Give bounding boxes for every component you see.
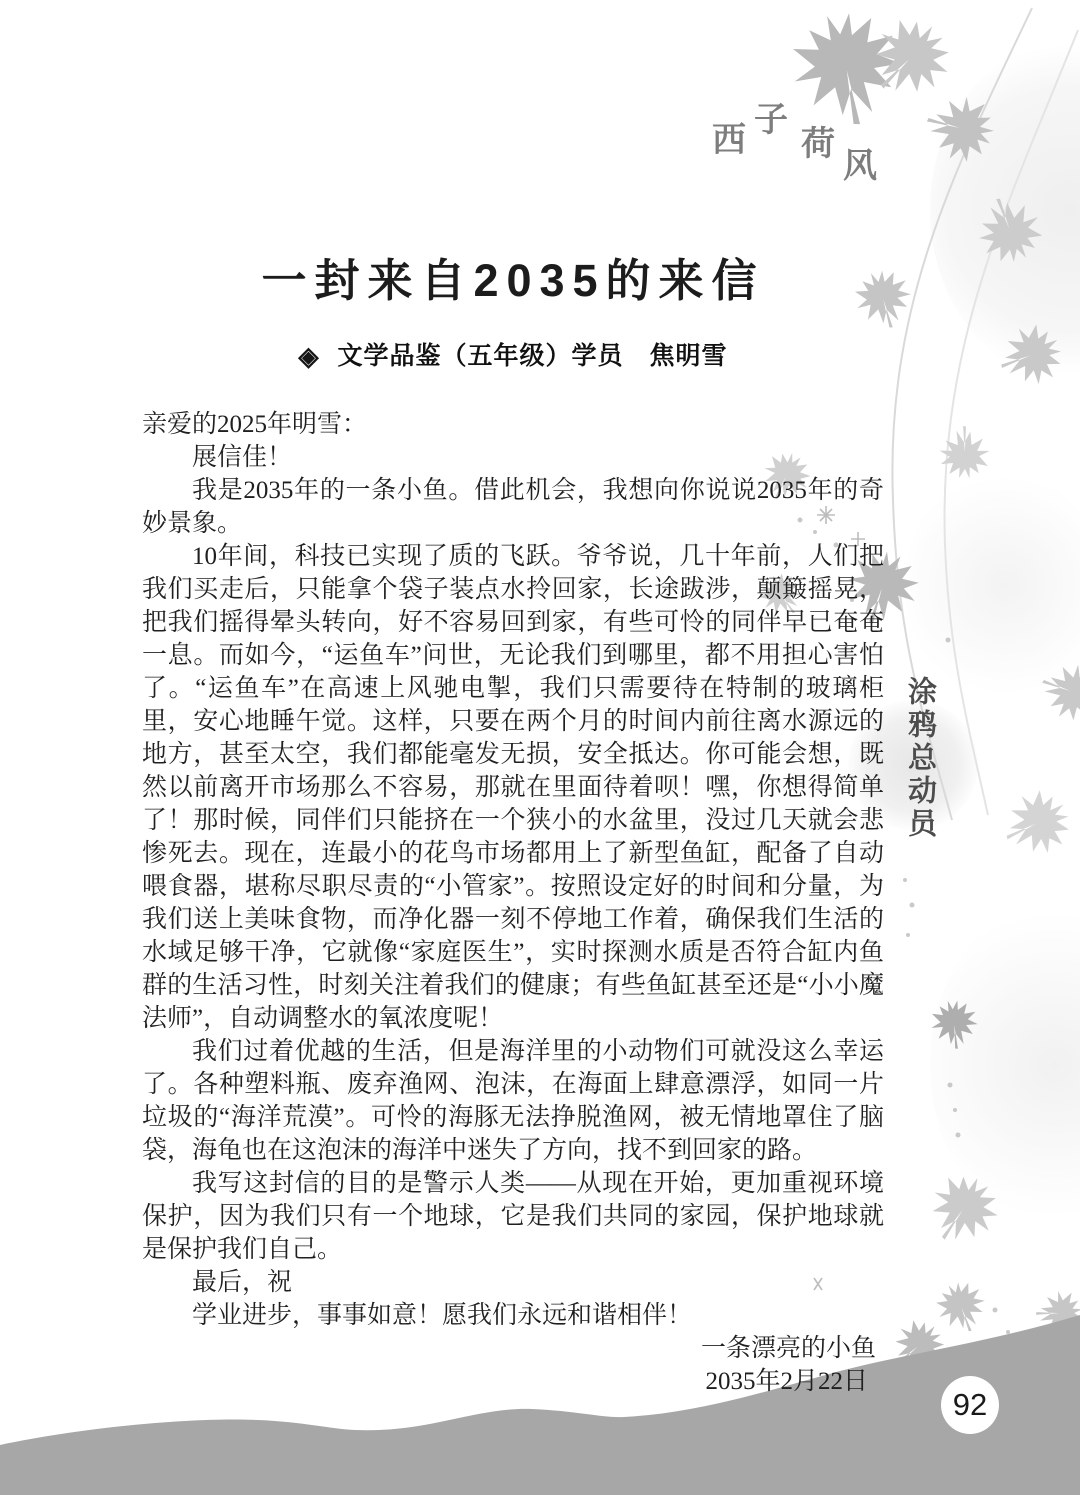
masthead-char: 子: [754, 92, 788, 141]
letter-paragraph: 10年间，科技已实现了质的飞跃。爷爷说，几十年前，人们把我们买走后，只能拿个袋子…: [142, 540, 884, 1035]
maple-leaf-icon: [992, 779, 1080, 868]
masthead-char: 西: [712, 112, 746, 161]
letter-paragraph: 我是2035年的一条小鱼。借此机会，我想向你说说2035年的奇妙景象。: [142, 474, 884, 540]
maple-leaf-icon: [928, 1273, 995, 1341]
column-label-vertical: 涂鸦总动员: [900, 676, 941, 866]
diamond-bullet-icon: ◈: [298, 341, 319, 372]
byline: ◈文学品鉴（五年级）学员 焦明雪: [142, 336, 884, 372]
letter-paragraph: 学业进步，事事如意！愿我们永远和谐相伴！: [142, 1299, 884, 1332]
letter-signature: 一条漂亮的小鱼: [142, 1332, 884, 1365]
page-number: 92: [953, 1387, 987, 1423]
page-number-badge: 92: [941, 1376, 999, 1434]
masthead-char: 荷: [801, 116, 835, 165]
masthead: 西 子 荷 风: [0, 0, 1080, 220]
byline-text: 文学品鉴（五年级）学员 焦明雪: [337, 342, 727, 370]
background-blob: [905, 470, 1080, 700]
background-blob: [930, 900, 1080, 1230]
maple-leaf-icon: [882, 1310, 954, 1383]
letter-body: 亲爱的2025年明雪： 展信佳！ 我是2035年的一条小鱼。借此机会，我想向你说…: [142, 408, 884, 1398]
letter-date: 2035年2月22日: [142, 1365, 884, 1398]
page-title: 一封来自2035的来信: [142, 244, 884, 309]
masthead-char: 风: [843, 138, 877, 187]
letter-paragraph: 我写这封信的目的是警示人类——从现在开始，更加重视环境保护，因为我们只有一个地球…: [142, 1167, 884, 1266]
letter-paragraph: 展信佳！: [142, 441, 884, 474]
letter-paragraph: 我们过着优越的生活，但是海洋里的小动物们可就没这么幸运了。各种塑料瓶、废弃渔网、…: [142, 1035, 884, 1167]
maple-leaf-icon: [1033, 1287, 1080, 1339]
letter-paragraph: 最后，祝: [142, 1266, 884, 1299]
magazine-page: 西 子 荷 风 一封来自2035的来信 ◈文学品鉴（五年级）学员 焦明雪 亲爱的…: [0, 0, 1080, 1495]
letter-salutation: 亲爱的2025年明雪：: [142, 408, 884, 441]
